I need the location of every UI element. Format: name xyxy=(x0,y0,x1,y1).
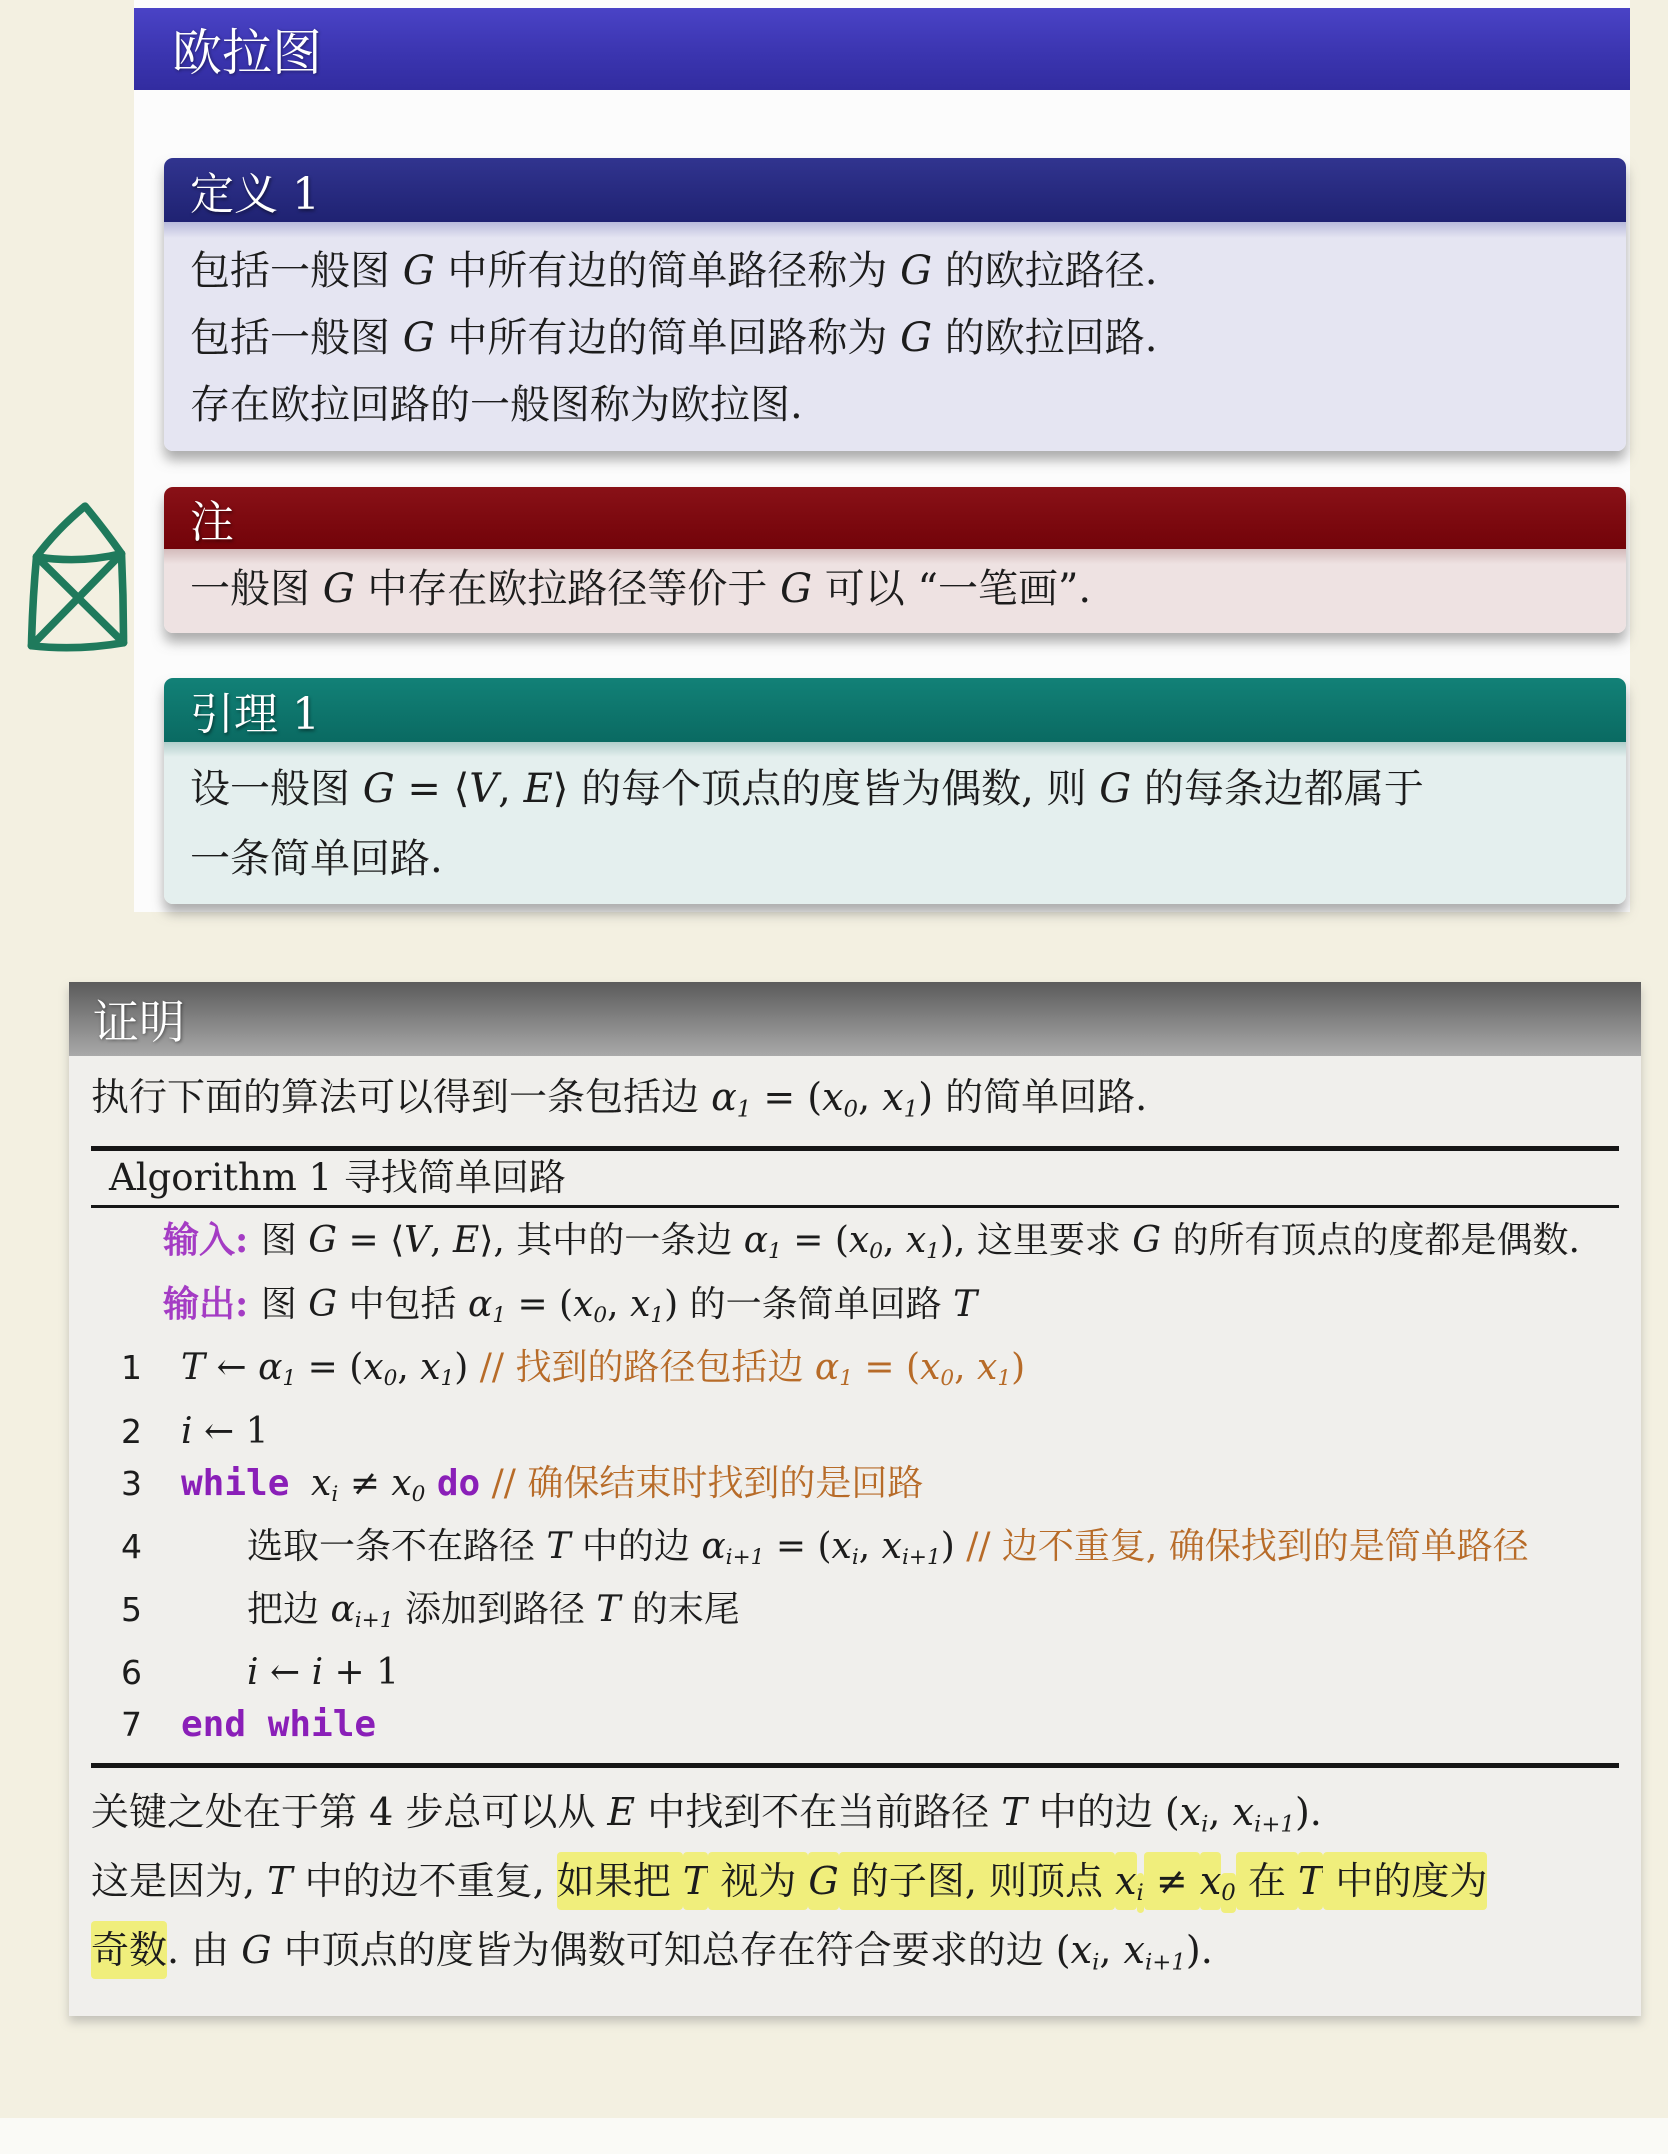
text-segment: E xyxy=(607,1790,635,1834)
text-segment: T xyxy=(1001,1790,1026,1834)
text-segment: x xyxy=(849,1220,869,1261)
text-segment: x xyxy=(822,1075,843,1119)
text-segment: T xyxy=(1298,1852,1323,1910)
step-number: 1 xyxy=(121,1342,155,1405)
text-segment: 1 xyxy=(650,1303,664,1328)
text-segment: 的欧拉路径. xyxy=(932,248,1157,294)
text-segment: do xyxy=(437,1463,480,1504)
text-segment: 0 xyxy=(869,1239,883,1264)
text-segment: G xyxy=(308,1284,337,1325)
definition-line: 包括一般图 G 中所有边的简单路径称为 G 的欧拉路径. xyxy=(190,238,1602,305)
step-content: i ← 1 xyxy=(181,1406,268,1458)
text-segment: x xyxy=(1071,1928,1092,1972)
text-segment: 输出: xyxy=(163,1283,261,1325)
text-segment: 图 xyxy=(261,1220,308,1261)
text-segment: 奇数 xyxy=(91,1921,167,1979)
text-segment: x xyxy=(977,1347,997,1388)
text-segment: 的子图, 则顶点 xyxy=(839,1852,1115,1910)
text-segment: α xyxy=(258,1347,282,1388)
proof-remark-line: 关键之处在于第 4 步总可以从 E 中找到不在当前路径 T 中的边 (xi, x… xyxy=(91,1784,1619,1853)
text-segment: 1 xyxy=(282,1367,296,1392)
text-segment: G xyxy=(900,248,932,294)
text-segment: 视为 xyxy=(708,1852,808,1910)
text-segment: // 找到的路径包括边 xyxy=(480,1347,815,1388)
proof-label: 证明 xyxy=(93,986,185,1052)
text-segment: 中的度为 xyxy=(1323,1852,1487,1910)
lemma-line: 设一般图 G = ⟨V, E⟩ 的每个顶点的度皆为偶数, 则 G 的每条边都属于 xyxy=(190,754,1602,824)
text-segment: V xyxy=(469,766,498,812)
text-segment: ) xyxy=(1011,1347,1025,1388)
text-segment: 的末尾 xyxy=(620,1589,739,1630)
step-number: 6 xyxy=(121,1647,155,1699)
text-segment: 的每条边都属于 xyxy=(1131,766,1424,812)
proof-header: 证明 xyxy=(69,982,1641,1056)
text-segment: 把边 xyxy=(247,1589,330,1630)
text-segment: 中包括 xyxy=(337,1284,468,1325)
definition-block: 定义 1 包括一般图 G 中所有边的简单路径称为 G 的欧拉路径. 包括一般图 … xyxy=(164,158,1626,451)
note-header: 注 xyxy=(164,487,1626,549)
text-segment: ). xyxy=(1186,1928,1213,1972)
text-segment: G xyxy=(308,1220,337,1261)
proof-section: 证明 执行下面的算法可以得到一条包括边 α1 = (x0, x1) 的简单回路.… xyxy=(69,982,1641,2016)
text-segment: = ⟨ xyxy=(395,766,470,812)
algorithm-title: Algorithm 1 寻找简单回路 xyxy=(91,1151,1619,1208)
text-segment: 选取一条不在路径 xyxy=(247,1526,546,1567)
text-segment: , xyxy=(858,1075,882,1119)
definition-line: 存在欧拉回路的一般图称为欧拉图. xyxy=(190,372,1602,439)
text-segment: x xyxy=(630,1284,650,1325)
proof-remark-line: 这是因为, T 中的边不重复, 如果把 T 视为 G 的子图, 则顶点 xi ≠… xyxy=(91,1853,1619,1922)
text-segment: 中所有边的简单路径称为 xyxy=(435,248,900,294)
text-segment: end while xyxy=(181,1704,376,1745)
page: 欧拉图 定义 1 包括一般图 G 中所有边的简单路径称为 G 的欧拉路径. 包括… xyxy=(0,0,1668,2154)
text-segment: T xyxy=(267,1859,292,1903)
text-segment: G xyxy=(808,1852,838,1910)
text-segment: i xyxy=(312,1652,324,1693)
step-content: 选取一条不在路径 T 中的边 αi+1 = (xi, xi+1) // 边不重复… xyxy=(247,1521,1529,1584)
algorithm-step: 1 T ← α1 = (x0, x1) // 找到的路径包括边 α1 = (x0… xyxy=(91,1342,1619,1405)
text-segment: i+1 xyxy=(726,1545,765,1570)
step-number: 4 xyxy=(121,1521,155,1584)
text-segment: 1 xyxy=(904,1096,919,1122)
text-segment: x xyxy=(1115,1852,1136,1910)
text-segment: 0 xyxy=(1221,1873,1236,1913)
algorithm-box: Algorithm 1 寻找简单回路 输入: 图 G = ⟨V, E⟩, 其中的… xyxy=(91,1146,1619,1767)
text-segment xyxy=(425,1463,436,1504)
text-segment: , xyxy=(883,1220,906,1261)
step-content: T ← α1 = (x0, x1) // 找到的路径包括边 α1 = (x0, … xyxy=(181,1342,1025,1405)
text-segment: , xyxy=(1099,1928,1123,1972)
slide-title: 欧拉图 xyxy=(134,13,322,85)
note-block: 注 一般图 G 中存在欧拉路径等价于 G 可以 “一笔画”. xyxy=(164,487,1626,633)
text-segment: ← xyxy=(259,1652,312,1693)
algorithm-step: 7 end while xyxy=(91,1699,1619,1751)
step-number: 2 xyxy=(121,1406,155,1458)
text-segment: G xyxy=(323,566,355,612)
text-segment: x xyxy=(1180,1790,1201,1834)
text-segment: 0 xyxy=(844,1096,859,1122)
algorithm-output-line: 输出: 图 G 中包括 α1 = (x0, x1) 的一条简单回路 T xyxy=(91,1278,1619,1342)
text-segment: + 1 xyxy=(323,1652,399,1693)
text-segment: 图 xyxy=(261,1284,308,1325)
text-segment: = ( xyxy=(853,1347,920,1388)
text-segment: α xyxy=(330,1589,354,1630)
text-segment: ← 1 xyxy=(193,1411,269,1452)
text-segment: 1 xyxy=(441,1367,455,1392)
text-segment: , xyxy=(397,1347,420,1388)
text-segment: 可以 “一笔画”. xyxy=(812,566,1091,612)
text-segment: x xyxy=(363,1347,383,1388)
text-segment: T xyxy=(953,1284,977,1325)
text-segment: 关键之处在于第 4 步总可以从 xyxy=(91,1790,607,1834)
text-segment: 如果把 xyxy=(557,1852,683,1910)
definition-header: 定义 1 xyxy=(164,158,1626,222)
sketch-square-bottom xyxy=(31,643,123,648)
definition-line: 包括一般图 G 中所有边的简单回路称为 G 的欧拉回路. xyxy=(190,305,1602,372)
step-content: 把边 αi+1 添加到路径 T 的末尾 xyxy=(247,1584,740,1647)
text-segment: i xyxy=(247,1652,259,1693)
text-segment: G xyxy=(1132,1220,1161,1261)
text-segment: // 确保结束时找到的是回路 xyxy=(492,1463,924,1504)
text-segment: = ( xyxy=(782,1220,849,1261)
text-segment: i+1 xyxy=(902,1545,941,1570)
text-segment: i+1 xyxy=(355,1608,394,1633)
text-segment: α xyxy=(744,1220,768,1261)
text-segment: 中的边不重复, xyxy=(293,1859,557,1903)
text-segment: x xyxy=(391,1463,411,1504)
text-segment: = ( xyxy=(751,1075,822,1119)
text-segment: 1 xyxy=(997,1367,1011,1392)
text-segment: 的欧拉回路. xyxy=(932,315,1157,361)
step-number: 3 xyxy=(121,1458,155,1521)
text-segment: x xyxy=(1233,1790,1254,1834)
text-segment: 中找到不在当前路径 xyxy=(635,1790,1001,1834)
step-number: 5 xyxy=(121,1584,155,1647)
text-segment: E xyxy=(453,1220,479,1261)
sketch-square-right xyxy=(121,554,123,643)
text-segment: x xyxy=(920,1347,940,1388)
text-segment: 输入: xyxy=(163,1219,261,1261)
text-segment: , xyxy=(859,1526,882,1567)
note-label: 注 xyxy=(190,486,234,550)
sketch-square-left xyxy=(31,557,36,646)
text-segment: ) xyxy=(941,1526,967,1567)
text-segment: . 由 xyxy=(167,1928,241,1972)
slide-title-bar: 欧拉图 xyxy=(134,8,1630,90)
text-segment: // 边不重复, 确保找到的是简单路径 xyxy=(966,1526,1529,1567)
lemma-body: 设一般图 G = ⟨V, E⟩ 的每个顶点的度皆为偶数, 则 G 的每条边都属于… xyxy=(164,742,1626,904)
text-segment: ), 这里要求 xyxy=(940,1220,1132,1261)
text-segment: i+1 xyxy=(1145,1950,1186,1976)
text-segment: α xyxy=(701,1526,725,1567)
text-segment: x xyxy=(1200,1852,1221,1910)
text-segment: ) 的一条简单回路 xyxy=(664,1284,953,1325)
one-stroke-envelope-sketch xyxy=(26,496,132,668)
text-segment: = ( xyxy=(506,1284,573,1325)
text-segment: G xyxy=(1099,766,1131,812)
text-segment: x xyxy=(882,1075,903,1119)
proof-remark-line: 奇数. 由 G 中顶点的度皆为偶数可知总存在符合要求的边 (xi, xi+1). xyxy=(91,1922,1619,1991)
text-segment: 的所有顶点的度都是偶数. xyxy=(1161,1220,1580,1261)
text-segment: , xyxy=(498,766,523,812)
step-content: while xi ≠ x0 do // 确保结束时找到的是回路 xyxy=(181,1458,923,1521)
proof-intro-line: 执行下面的算法可以得到一条包括边 α1 = (x0, x1) 的简单回路. xyxy=(91,1070,1619,1136)
text-segment: 在 xyxy=(1236,1852,1298,1910)
proof-body: 执行下面的算法可以得到一条包括边 α1 = (x0, x1) 的简单回路. Al… xyxy=(69,1056,1641,2016)
algorithm-step: 3 while xi ≠ x0 do // 确保结束时找到的是回路 xyxy=(91,1458,1619,1521)
algorithm-step: 2 i ← 1 xyxy=(91,1406,1619,1458)
text-segment: 中的边 ( xyxy=(1027,1790,1180,1834)
text-segment: G xyxy=(403,248,435,294)
text-segment: ≠ xyxy=(338,1463,391,1504)
text-segment: while xyxy=(181,1463,311,1504)
algorithm-step: 5 把边 αi+1 添加到路径 T 的末尾 xyxy=(91,1584,1619,1647)
step-content: end while xyxy=(181,1699,376,1751)
text-segment: x xyxy=(832,1526,852,1567)
text-segment: α xyxy=(815,1347,839,1388)
text-segment: T xyxy=(683,1852,708,1910)
text-segment: 1 xyxy=(492,1303,506,1328)
definition-label: 定义 1 xyxy=(190,158,320,222)
bottom-page-band xyxy=(0,2118,1668,2154)
text-segment: G xyxy=(900,315,932,361)
text-segment: G xyxy=(241,1928,271,1972)
text-segment: 1 xyxy=(737,1096,752,1122)
text-segment: 1 xyxy=(768,1239,782,1264)
algorithm-lines: 输入: 图 G = ⟨V, E⟩, 其中的一条边 α1 = (x0, x1), … xyxy=(91,1208,1619,1750)
definition-body: 包括一般图 G 中所有边的简单路径称为 G 的欧拉路径. 包括一般图 G 中所有… xyxy=(164,222,1626,451)
sketch-square-top xyxy=(37,554,122,560)
text-segment: x xyxy=(573,1284,593,1325)
text-segment: , xyxy=(430,1220,453,1261)
text-segment: 0 xyxy=(384,1367,398,1392)
text-segment: ← xyxy=(205,1347,258,1388)
lemma-block: 引理 1 设一般图 G = ⟨V, E⟩ 的每个顶点的度皆为偶数, 则 G 的每… xyxy=(164,678,1626,904)
text-segment: 一般图 xyxy=(190,566,323,612)
text-segment: ). xyxy=(1295,1790,1322,1834)
text-segment: i xyxy=(181,1411,193,1452)
text-segment: 1 xyxy=(839,1367,853,1392)
text-segment: 1 xyxy=(926,1239,940,1264)
text-segment: 执行下面的算法可以得到一条包括边 xyxy=(91,1075,711,1119)
text-segment: 中所有边的简单回路称为 xyxy=(435,315,900,361)
text-segment: 这是因为, xyxy=(91,1859,267,1903)
text-segment: = ( xyxy=(764,1526,831,1567)
text-segment: x xyxy=(311,1463,331,1504)
lemma-label: 引理 1 xyxy=(190,678,320,742)
text-segment: , xyxy=(1208,1790,1232,1834)
step-number: 7 xyxy=(121,1699,155,1751)
text-segment: 0 xyxy=(412,1482,426,1507)
text-segment: E xyxy=(524,766,553,812)
text-segment: i+1 xyxy=(1254,1811,1295,1837)
lemma-line: 一条简单回路. xyxy=(190,824,1602,894)
text-segment: 设一般图 xyxy=(190,766,363,812)
text-segment xyxy=(480,1463,491,1504)
text-segment: T xyxy=(596,1589,620,1630)
text-segment: = ( xyxy=(296,1347,363,1388)
text-segment: 包括一般图 xyxy=(190,248,403,294)
text-segment: i xyxy=(852,1545,859,1570)
text-segment: , xyxy=(607,1284,630,1325)
slide-screenshot: 欧拉图 定义 1 包括一般图 G 中所有边的简单路径称为 G 的欧拉路径. 包括… xyxy=(134,0,1630,912)
text-segment: 0 xyxy=(940,1367,954,1392)
text-segment: 中顶点的度皆为偶数可知总存在符合要求的边 ( xyxy=(272,1928,1071,1972)
text-segment: T xyxy=(181,1347,205,1388)
text-segment: 0 xyxy=(593,1303,607,1328)
text-segment: x xyxy=(882,1526,902,1567)
text-segment: G xyxy=(363,766,395,812)
text-segment: G xyxy=(780,566,812,612)
text-segment: x xyxy=(906,1220,926,1261)
sketch-roof xyxy=(37,506,122,557)
algorithm-step: 6 i ← i + 1 xyxy=(91,1647,1619,1699)
text-segment: ⟩ 的每个顶点的度皆为偶数, 则 xyxy=(553,766,1099,812)
text-segment: i xyxy=(1137,1873,1144,1913)
text-segment: x xyxy=(420,1347,440,1388)
lemma-header: 引理 1 xyxy=(164,678,1626,742)
note-line: 一般图 G 中存在欧拉路径等价于 G 可以 “一笔画”. xyxy=(190,561,1602,617)
text-segment: ) xyxy=(454,1347,480,1388)
text-segment: ) 的简单回路. xyxy=(918,1075,1147,1119)
text-segment: 中的边 xyxy=(570,1526,701,1567)
algorithm-step: 4 选取一条不在路径 T 中的边 αi+1 = (xi, xi+1) // 边不… xyxy=(91,1521,1619,1584)
text-segment: α xyxy=(711,1075,737,1119)
text-segment: V xyxy=(404,1220,430,1261)
text-segment: α xyxy=(468,1284,492,1325)
text-segment: x xyxy=(1124,1928,1145,1972)
note-body: 一般图 G 中存在欧拉路径等价于 G 可以 “一笔画”. xyxy=(164,549,1626,633)
text-segment: 包括一般图 xyxy=(190,315,403,361)
text-segment: G xyxy=(403,315,435,361)
algorithm-input-line: 输入: 图 G = ⟨V, E⟩, 其中的一条边 α1 = (x0, x1), … xyxy=(91,1214,1619,1278)
text-segment: T xyxy=(546,1526,570,1567)
text-segment: ≠ xyxy=(1144,1852,1200,1910)
text-segment: 中存在欧拉路径等价于 xyxy=(355,566,780,612)
text-segment: 一条简单回路. xyxy=(190,836,443,882)
text-segment: 添加到路径 xyxy=(394,1589,597,1630)
text-segment: 存在欧拉回路的一般图称为欧拉图. xyxy=(190,382,803,428)
text-segment: ⟩, 其中的一条边 xyxy=(479,1220,743,1261)
text-segment: , xyxy=(954,1347,977,1388)
text-segment: = ⟨ xyxy=(337,1220,404,1261)
step-content: i ← i + 1 xyxy=(247,1647,399,1699)
